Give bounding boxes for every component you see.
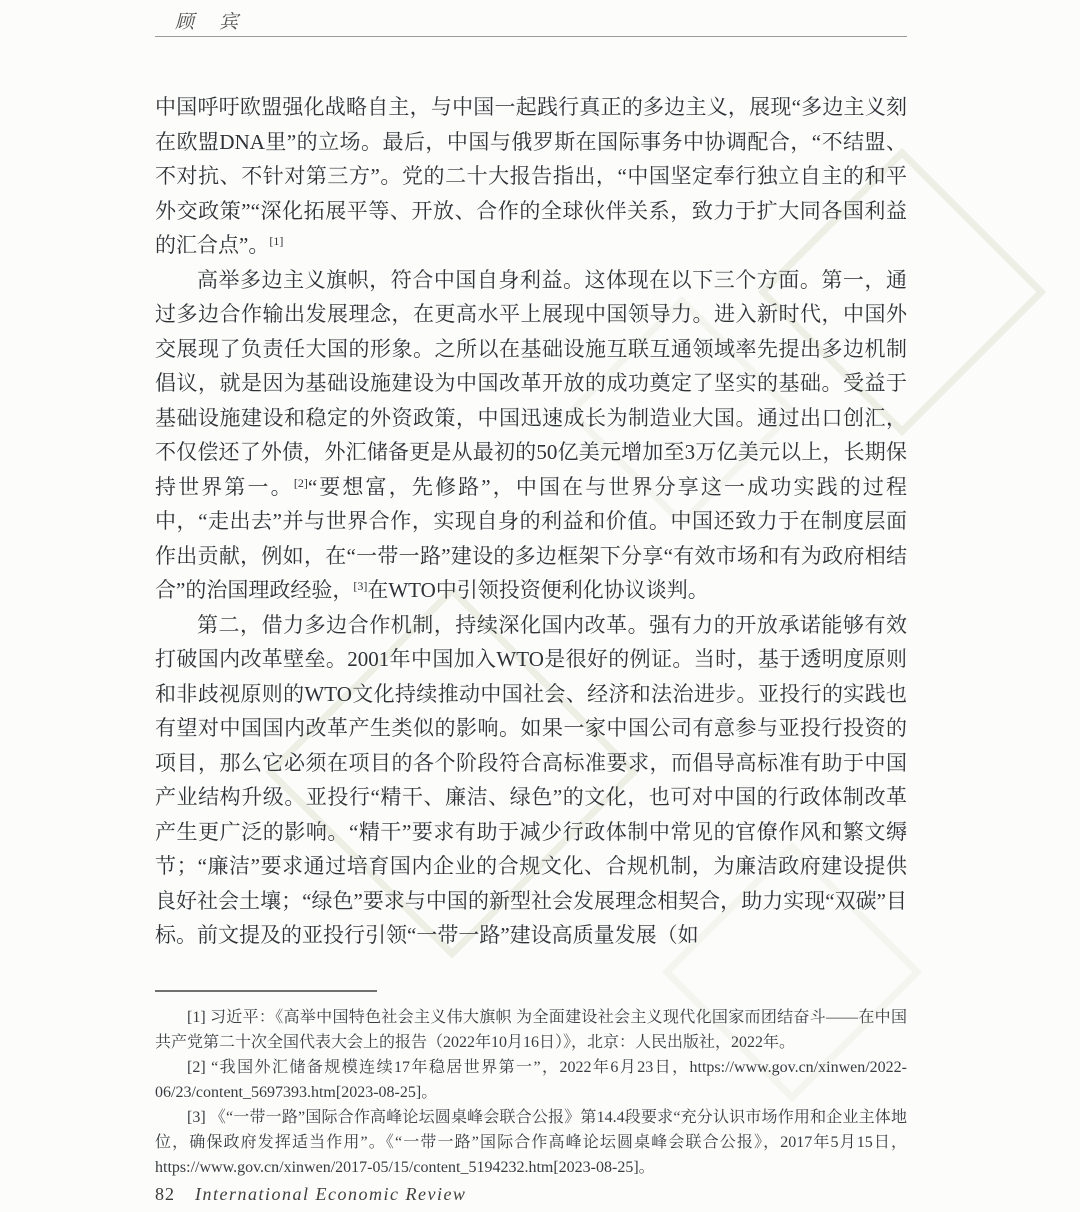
footnote-list: [1] 习近平：《高举中国特色社会主义伟大旗帜 为全面建设社会主义现代化国家而团… bbox=[155, 1005, 907, 1180]
journal-title: International Economic Review bbox=[195, 1184, 466, 1204]
article-body: 中国呼吁欧盟强化战略自主，与中国一起践行真正的多边主义，展现“多边主义刻在欧盟D… bbox=[155, 90, 907, 953]
page-number: 82 bbox=[155, 1184, 175, 1204]
body-paragraph: 第二，借力多边合作机制，持续深化国内改革。强有力的开放承诺能够有效打破国内改革壁… bbox=[155, 608, 907, 953]
footnote-ref: [2] bbox=[294, 476, 308, 490]
footnote-ref: [3] bbox=[353, 579, 367, 593]
footnote-item: [3] 《“一带一路”国际合作高峰论坛圆桌峰会联合公报》第14.4段要求“充分认… bbox=[155, 1105, 907, 1180]
body-paragraph: 中国呼吁欧盟强化战略自主，与中国一起践行真正的多边主义，展现“多边主义刻在欧盟D… bbox=[155, 90, 907, 263]
footnote-item: [1] 习近平：《高举中国特色社会主义伟大旗帜 为全面建设社会主义现代化国家而团… bbox=[155, 1005, 907, 1055]
footnote-ref: [1] bbox=[269, 234, 283, 248]
header-rule bbox=[155, 36, 907, 37]
body-paragraph: 高举多边主义旗帜，符合中国自身利益。这体现在以下三个方面。第一，通过多边合作输出… bbox=[155, 263, 907, 608]
running-header-author: 顾 宾 bbox=[175, 7, 241, 34]
footnote-item: [2] “我国外汇储备规模连续17年稳居世界第一”，2022年6月23日，htt… bbox=[155, 1055, 907, 1105]
footnote-separator bbox=[155, 990, 377, 992]
journal-page: 顾 宾 中国呼吁欧盟强化战略自主，与中国一起践行真正的多边主义，展现“多边主义刻… bbox=[0, 0, 1080, 1212]
page-footer: 82International Economic Review bbox=[155, 1184, 466, 1205]
footnotes-section: [1] 习近平：《高举中国特色社会主义伟大旗帜 为全面建设社会主义现代化国家而团… bbox=[155, 990, 907, 1180]
